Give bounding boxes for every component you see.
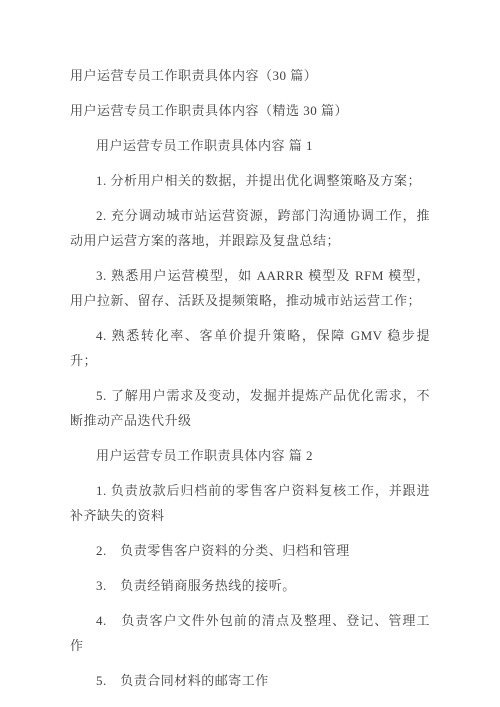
paragraph-heading: 用户运营专员工作职责具体内容 篇 1 [70, 133, 430, 158]
document-page: 用户运营专员工作职责具体内容（30 篇）用户运营专员工作职责具体内容（精选 30… [0, 0, 500, 707]
paragraph-item: 1. 负责放款后归档前的零售客户资料复核工作，并跟进补齐缺失的资料 [70, 478, 430, 528]
paragraph-item: 3. 熟悉用户运营模型，如 AARRR 模型及 RFM 模型，用户拉新、留存、活… [70, 263, 430, 313]
paragraph-item: 2. 负责零售客户资料的分类、归档和管理 [70, 538, 430, 563]
paragraph-item: 2. 充分调动城市站运营资源，跨部门沟通协调工作，推动用户运营方案的落地，并跟踪… [70, 203, 430, 253]
paragraph-item: 4. 负责客户文件外包前的清点及整理、登记、管理工作 [70, 608, 430, 658]
paragraph-heading: 用户运营专员工作职责具体内容 篇 2 [70, 443, 430, 468]
paragraph-item: 5. 负责合同材料的邮寄工作 [70, 668, 430, 693]
paragraph-title: 用户运营专员工作职责具体内容（30 篇） [70, 63, 430, 88]
paragraph-item: 3. 负责经销商服务热线的接听。 [70, 573, 430, 598]
paragraph-title: 用户运营专员工作职责具体内容（精选 30 篇） [70, 98, 430, 123]
paragraph-item: 4. 熟悉转化率、客单价提升策略，保障 GMV 稳步提升； [70, 323, 430, 373]
paragraph-item: 1. 分析用户相关的数据，并提出优化调整策略及方案； [70, 168, 430, 193]
paragraph-item: 5. 了解用户需求及变动，发掘并提炼产品优化需求，不断推动产品迭代升级 [70, 383, 430, 433]
document-content: 用户运营专员工作职责具体内容（30 篇）用户运营专员工作职责具体内容（精选 30… [70, 63, 430, 693]
